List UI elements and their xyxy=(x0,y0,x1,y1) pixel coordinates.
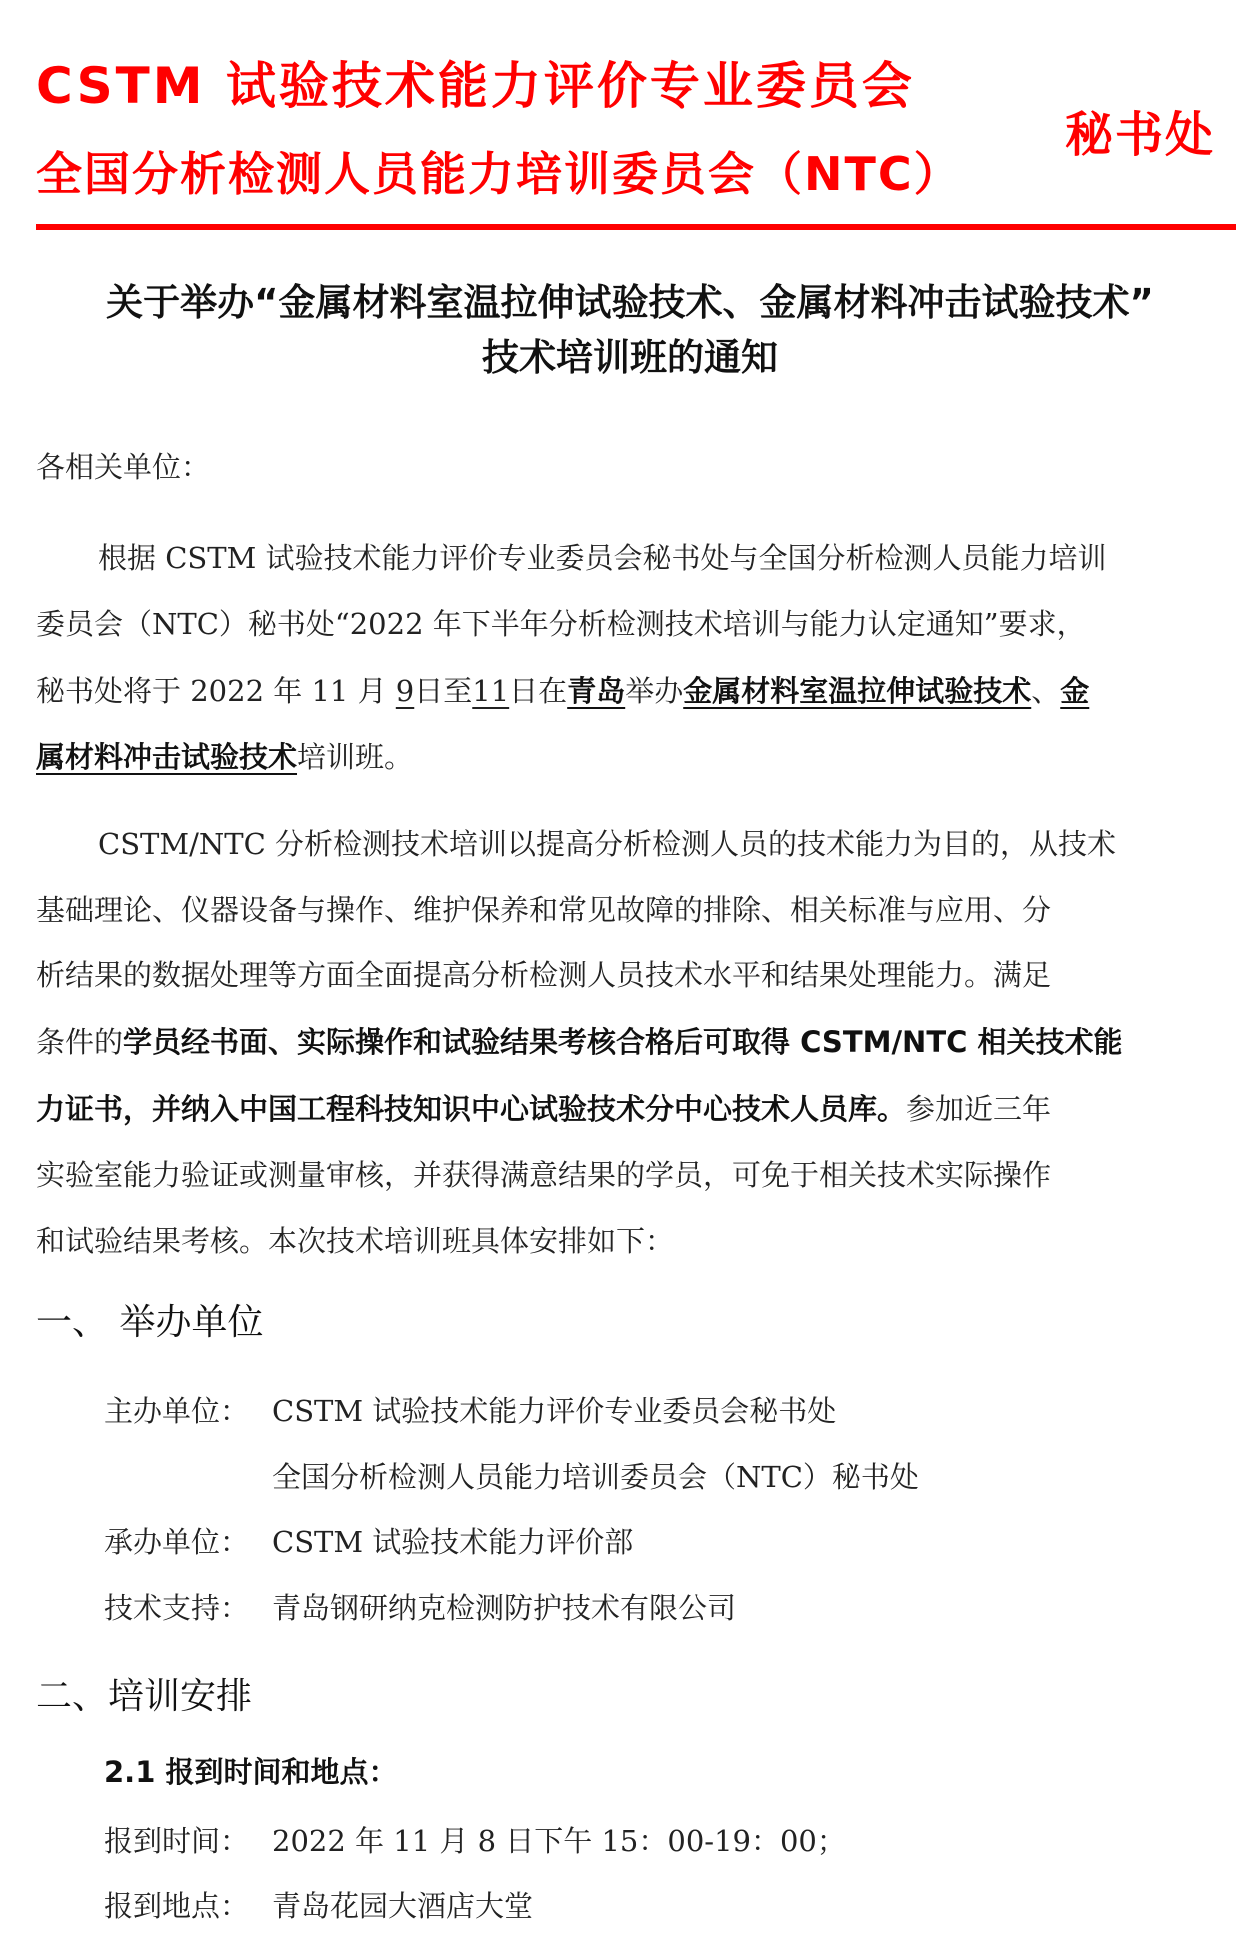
checkin-place-value: 青岛花园大酒店大堂 xyxy=(272,1891,533,1921)
course-impact-part1: 金 xyxy=(1060,674,1089,708)
para1-text: 秘书处将于 2022 年 11 月 xyxy=(36,674,396,708)
section-2-heading: 二、培训安排 xyxy=(36,1668,252,1719)
para2-line-4: 条件的学员经书面、实际操作和试验结果考核合格后可取得 CSTM/NTC 相关技术… xyxy=(36,1027,1122,1057)
organizer-value: CSTM 试验技术能力评价专业委员会秘书处 xyxy=(272,1396,836,1426)
certification-note-cont: 力证书，并纳入中国工程科技知识中心试验技术分中心技术人员库。 xyxy=(36,1092,906,1126)
checkin-place-label: 报到地点： xyxy=(104,1891,249,1921)
para1-text: 日在 xyxy=(509,674,567,708)
co-organizer-value: 全国分析检测人员能力培训委员会（NTC）秘书处 xyxy=(272,1462,919,1492)
undertaker-value: CSTM 试验技术能力评价部 xyxy=(272,1527,633,1557)
start-day: 9 xyxy=(396,674,414,708)
undertaker-label: 承办单位： xyxy=(104,1527,249,1557)
subsection-2-1-heading: 2.1 报到时间和地点： xyxy=(104,1750,397,1791)
checkin-time-label: 报到时间： xyxy=(104,1826,249,1856)
para1-line-2: 委员会（NTC）秘书处“2022 年下半年分析检测技术培训与能力认定通知”要求， xyxy=(36,609,1086,639)
para1-line-3: 秘书处将于 2022 年 11 月 9日至11日在青岛举办金属材料室温拉伸试验技… xyxy=(36,676,1089,706)
checkin-time-value: 2022 年 11 月 8 日下午 15：00-19：00； xyxy=(272,1826,846,1856)
para2-line-6: 实验室能力验证或测量审核，并获得满意结果的学员，可免于相关技术实际操作 xyxy=(36,1160,1051,1190)
tech-support-value: 青岛钢研纳克检测防护技术有限公司 xyxy=(272,1593,736,1623)
letterhead-line-1: CSTM 试验技术能力评价专业委员会 xyxy=(36,46,915,118)
city: 青岛 xyxy=(567,674,625,708)
para2-line-5: 力证书，并纳入中国工程科技知识中心试验技术分中心技术人员库。参加近三年 xyxy=(36,1094,1051,1124)
letterhead-red-rule xyxy=(36,224,1236,230)
para1-text: 、 xyxy=(1031,674,1060,708)
para1-text: 举办 xyxy=(625,674,683,708)
document-title-line-1: 关于举办“金属材料室温拉伸试验技术、金属材料冲击试验技术” xyxy=(0,272,1260,326)
salutation: 各相关单位： xyxy=(36,452,210,482)
para2-line-3: 析结果的数据处理等方面全面提高分析检测人员技术水平和结果处理能力。满足 xyxy=(36,960,1051,990)
end-day: 11 xyxy=(472,674,509,708)
para1-text: 日至 xyxy=(414,674,472,708)
certification-note: 学员经书面、实际操作和试验结果考核合格后可取得 CSTM/NTC 相关技术能 xyxy=(123,1025,1122,1059)
document-title-line-2: 技术培训班的通知 xyxy=(0,327,1260,381)
para1-text: 培训班。 xyxy=(297,740,413,774)
para2-text: 条件的 xyxy=(36,1025,123,1059)
organizer-label: 主办单位： xyxy=(104,1396,249,1426)
para1-line-1: 根据 CSTM 试验技术能力评价专业委员会秘书处与全国分析检测人员能力培训 xyxy=(98,543,1107,573)
para2-line-2: 基础理论、仪器设备与操作、维护保养和常见故障的排除、相关标准与应用、分 xyxy=(36,895,1051,925)
para2-line-1: CSTM/NTC 分析检测技术培训以提高分析检测人员的技术能力为目的，从技术 xyxy=(98,829,1116,859)
para2-text: 参加近三年 xyxy=(906,1092,1051,1126)
para1-line-4: 属材料冲击试验技术培训班。 xyxy=(36,742,413,772)
section-1-heading: 一、 举办单位 xyxy=(36,1294,263,1345)
course-tensile: 金属材料室温拉伸试验技术 xyxy=(683,674,1031,708)
letterhead-secretariat: 秘书处 xyxy=(1065,96,1215,165)
para2-line-7: 和试验结果考核。本次技术培训班具体安排如下： xyxy=(36,1226,674,1256)
letterhead-line-2: 全国分析检测人员能力培训委员会（NTC） xyxy=(36,138,962,204)
tech-support-label: 技术支持： xyxy=(104,1593,249,1623)
course-impact-part2: 属材料冲击试验技术 xyxy=(36,740,297,774)
